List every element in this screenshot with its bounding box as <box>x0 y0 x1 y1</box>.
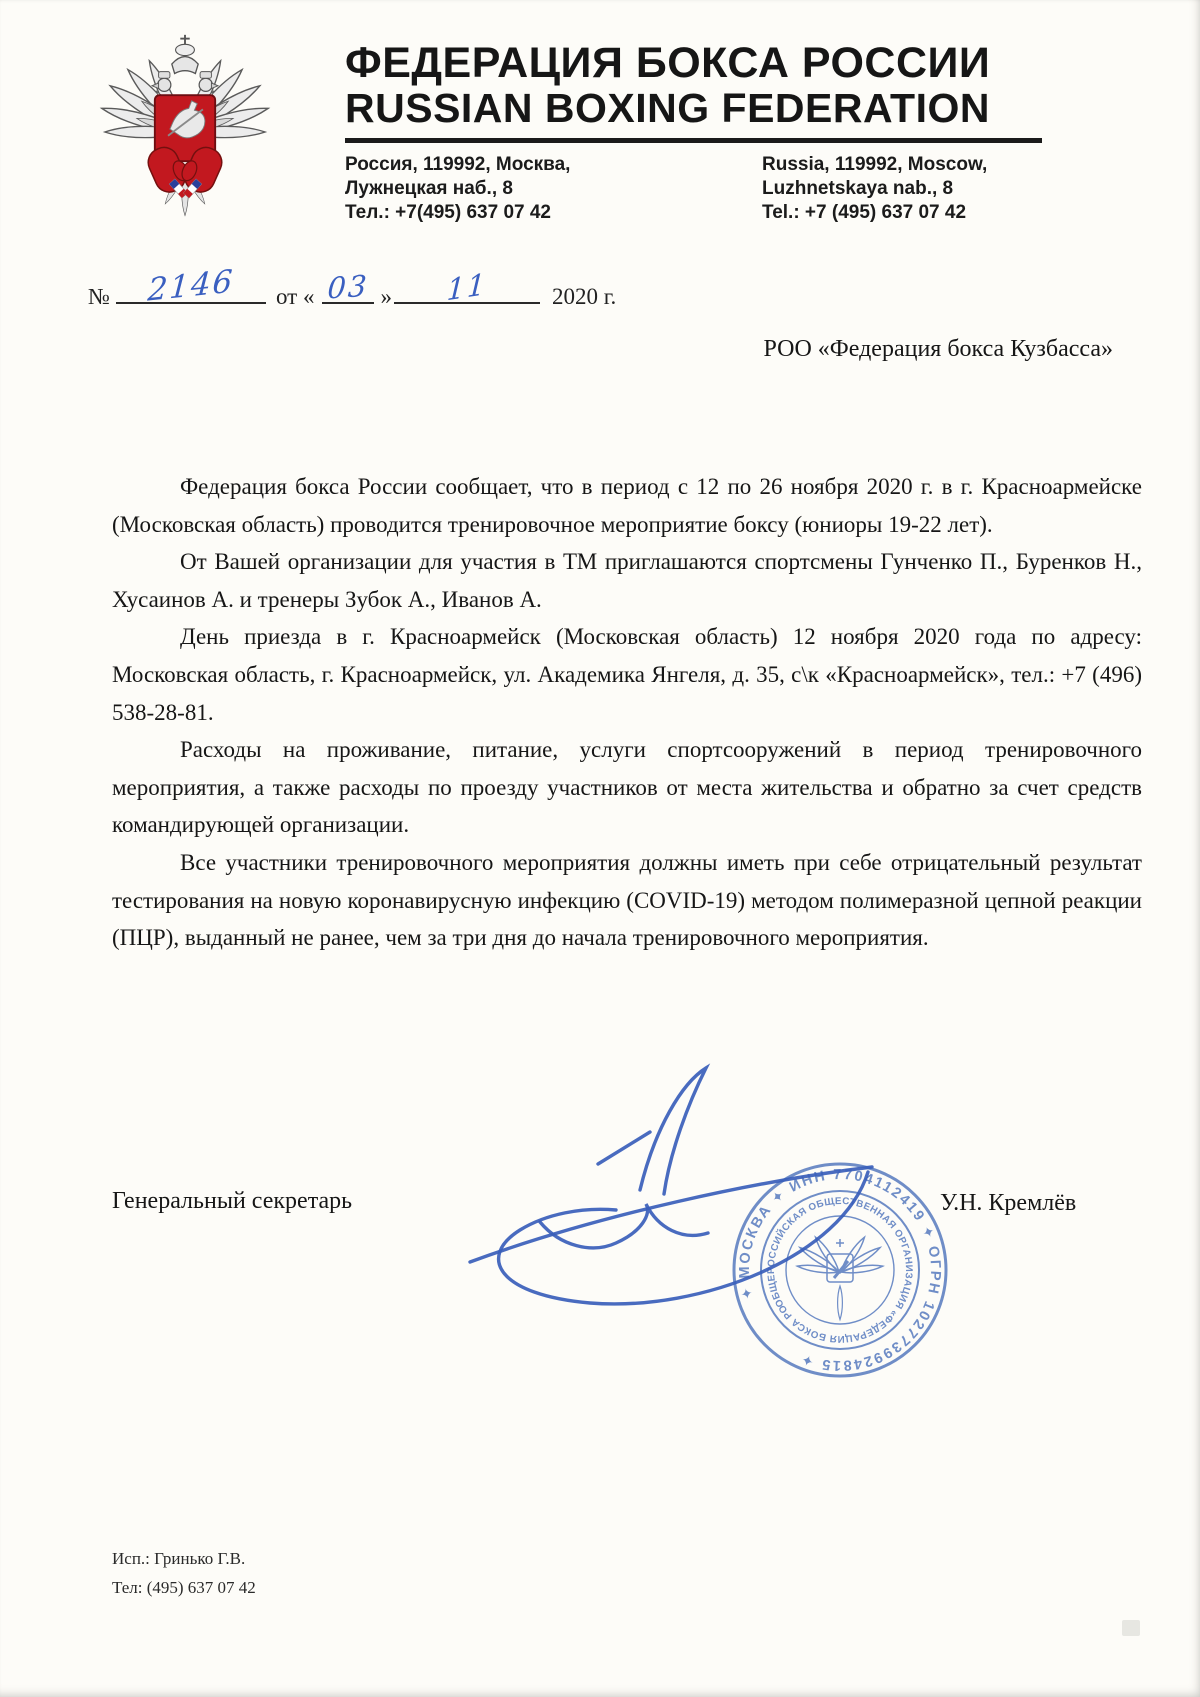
addressee: РОО «Федерация бокса Кузбасса» <box>763 336 1113 363</box>
address-en-line-1: Russia, 119992, Moscow, <box>762 153 987 177</box>
footer: Исп.: Гринько Г.В. Тел: (495) 637 07 42 <box>112 1544 256 1602</box>
handwritten-signature <box>470 1068 872 1304</box>
crown-icon <box>172 35 198 74</box>
signatory-title: Генеральный секретарь <box>112 1188 352 1215</box>
svg-text:✦ МОСКВА ✦ ИНН 7704112419 ✦ ОГ: ✦ МОСКВА ✦ ИНН 7704112419 ✦ ОГРН 1027739… <box>710 1140 970 1400</box>
org-name-en: RUSSIAN BOXING FEDERATION <box>345 86 1055 130</box>
letter-page: ФЕДЕРАЦИЯ БОКСА РОССИИ RUSSIAN BOXING FE… <box>0 0 1200 1697</box>
year-label: 2020 г. <box>552 284 616 310</box>
letter-body: Федерация бокса России сообщает, что в п… <box>112 468 1142 957</box>
stamp-outer-ring-text: ✦ МОСКВА ✦ ИНН 7704112419 ✦ ОГРН 1027739… <box>710 1140 970 1400</box>
letterhead: ФЕДЕРАЦИЯ БОКСА РОССИИ RUSSIAN BOXING FE… <box>345 40 1055 225</box>
closing-quote: » <box>380 284 392 310</box>
address-ru: Россия, 119992, Москва, Лужнецкая наб., … <box>345 153 762 225</box>
day-blank: 03 <box>322 268 374 304</box>
paragraph-5: Все участники тренировочного мероприятия… <box>112 844 1142 957</box>
boxing-federation-emblem-icon <box>86 24 284 222</box>
executor-phone: Тел: (495) 637 07 42 <box>112 1573 256 1602</box>
executor-line: Исп.: Гринько Г.В. <box>112 1544 256 1573</box>
address-ru-line-1: Россия, 119992, Москва, <box>345 153 762 177</box>
stamp-inner-ring-text: ОБЩЕРОССИЙСКАЯ ОБЩЕСТВЕННАЯ ОРГАНИЗАЦИЯ … <box>738 1168 942 1372</box>
svg-text:ОБЩЕРОССИЙСКАЯ ОБЩЕСТВЕННАЯ ОР: ОБЩЕРОССИЙСКАЯ ОБЩЕСТВЕННАЯ ОРГАНИЗАЦИЯ … <box>738 1168 942 1372</box>
handwritten-day: 03 <box>327 271 370 303</box>
address-ru-line-2: Лужнецкая наб., 8 <box>345 177 762 201</box>
paragraph-1: Федерация бокса России сообщает, что в п… <box>112 468 1142 543</box>
paragraph-3: День приезда в г. Красноармейск (Московс… <box>112 618 1142 731</box>
address-ru-line-3: Тел.: +7(495) 637 07 42 <box>345 201 762 225</box>
eagle-heads <box>152 72 218 92</box>
number-blank: 2146 <box>116 268 266 304</box>
reference-line: № 2146 от « 03 » 11 2020 г. <box>88 268 616 310</box>
paragraph-4: Расходы на проживание, питание, услуги с… <box>112 731 1142 844</box>
signatory-name: У.Н. Кремлёв <box>940 1190 1076 1217</box>
address-en-line-3: Tel.: +7 (495) 637 07 42 <box>762 201 987 225</box>
month-blank: 11 <box>394 268 540 304</box>
handwritten-month: 11 <box>446 269 488 305</box>
paragraph-2: От Вашей организации для участия в ТМ пр… <box>112 543 1142 618</box>
handwritten-number: 2146 <box>147 266 236 306</box>
from-label: от « <box>276 284 315 310</box>
letterhead-divider <box>345 138 1042 143</box>
scan-artifact <box>1122 1620 1140 1636</box>
stamp-eagle-icon <box>797 1236 883 1320</box>
number-sign: № <box>88 284 110 310</box>
round-stamp: ✦ МОСКВА ✦ ИНН 7704112419 ✦ ОГРН 1027739… <box>710 1140 970 1400</box>
org-name-ru: ФЕДЕРАЦИЯ БОКСА РОССИИ <box>345 40 1055 86</box>
address-en: Russia, 119992, Moscow, Luzhnetskaya nab… <box>762 153 987 225</box>
address-en-line-2: Luzhnetskaya nab., 8 <box>762 177 987 201</box>
